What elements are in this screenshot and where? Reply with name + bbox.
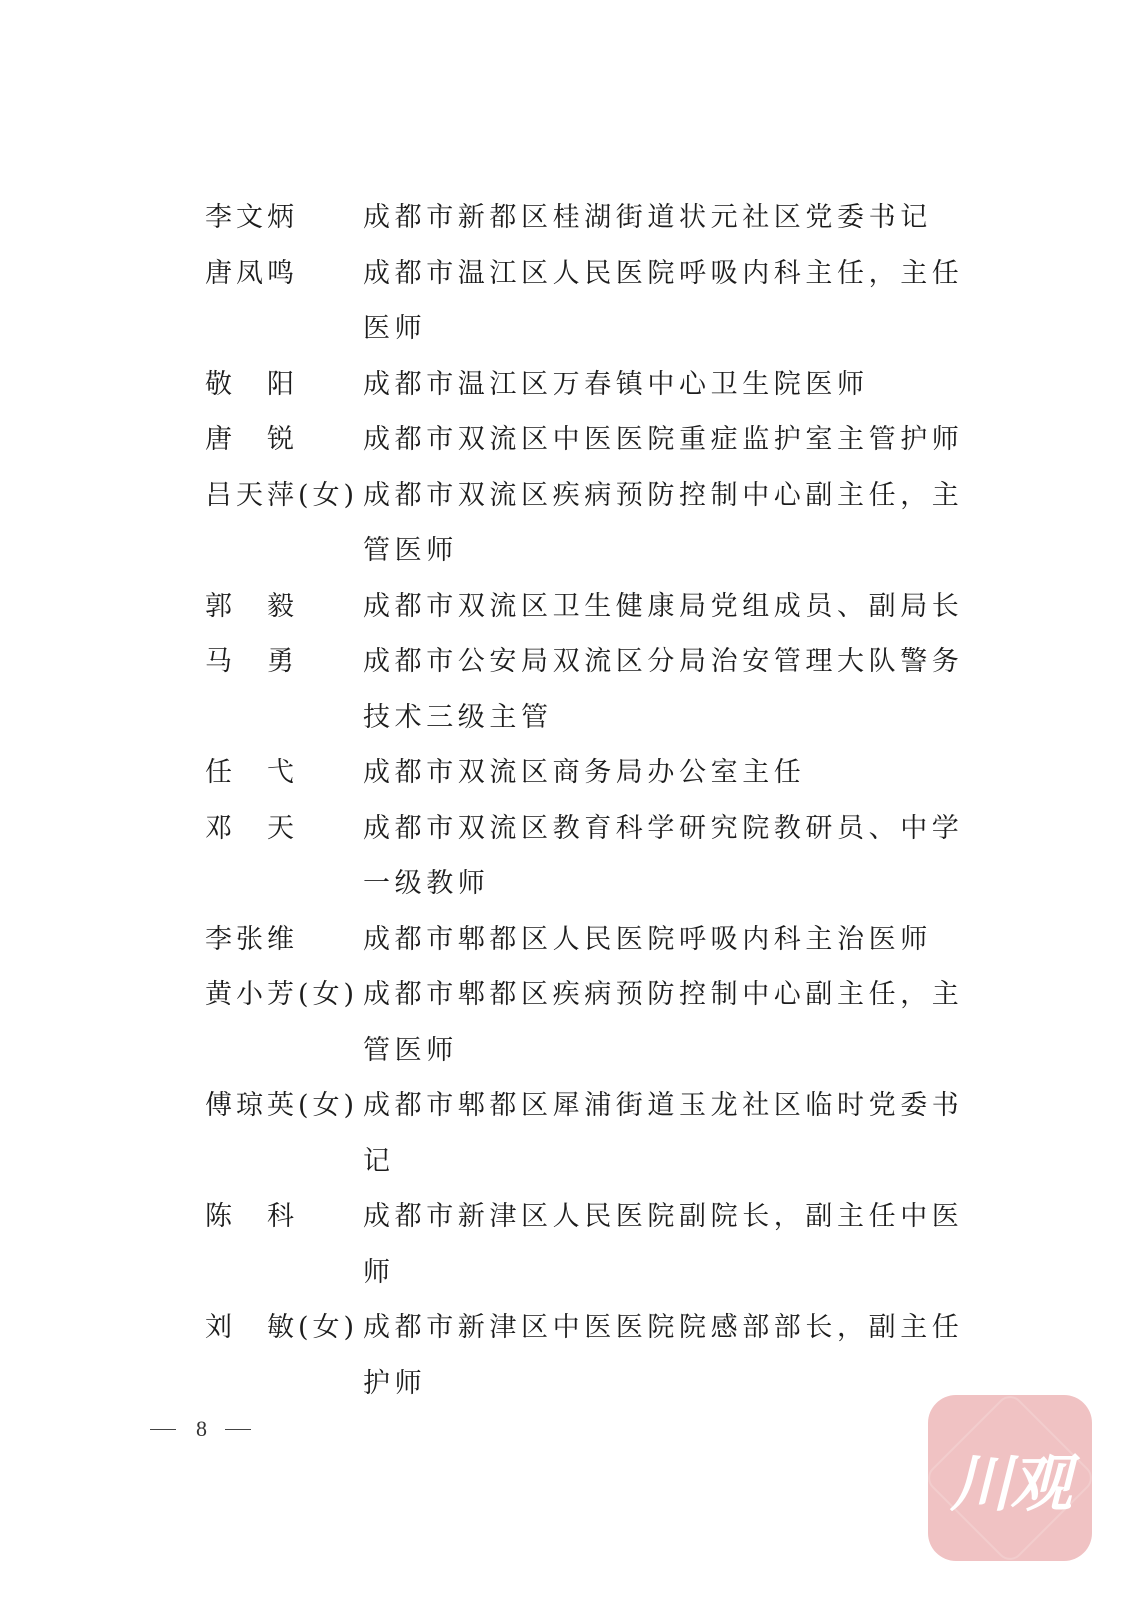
position-line: 一级教师 (363, 856, 967, 912)
position-line: 管医师 (363, 1023, 967, 1079)
person-name: 唐 锐 (205, 412, 363, 468)
page-number: 8 (196, 1416, 207, 1442)
position-line: 成都市郫都区疾病预防控制中心副主任，主 (363, 967, 967, 1023)
position-line: 记 (363, 1134, 967, 1190)
person-name: 李张维 (205, 912, 363, 968)
position-line: 成都市双流区疾病预防控制中心副主任，主 (363, 468, 967, 524)
document-page: 李文炳 成都市新都区桂湖街道状元社区党委书记 唐凤鸣 成都市温江区人民医院呼吸内… (0, 0, 1124, 1600)
list-item: 唐凤鸣 成都市温江区人民医院呼吸内科主任，主任 医师 (205, 246, 975, 357)
person-name: 傅琼英(女) (205, 1078, 363, 1134)
person-name: 敬 阳 (205, 357, 363, 413)
person-position: 成都市双流区疾病预防控制中心副主任，主 管医师 (363, 468, 967, 579)
list-item: 马 勇 成都市公安局双流区分局治安管理大队警务 技术三级主管 (205, 634, 975, 745)
person-position: 成都市温江区万春镇中心卫生院医师 (363, 357, 967, 413)
person-name: 郭 毅 (205, 579, 363, 635)
list-item: 敬 阳 成都市温江区万春镇中心卫生院医师 (205, 357, 975, 413)
list-item: 吕天萍(女) 成都市双流区疾病预防控制中心副主任，主 管医师 (205, 468, 975, 579)
position-line: 师 (363, 1245, 967, 1301)
list-item: 任 弋 成都市双流区商务局办公室主任 (205, 745, 975, 801)
list-item: 郭 毅 成都市双流区卫生健康局党组成员、副局长 (205, 579, 975, 635)
dash-right-icon (225, 1429, 251, 1430)
person-position: 成都市温江区人民医院呼吸内科主任，主任 医师 (363, 246, 967, 357)
person-position: 成都市郫都区犀浦街道玉龙社区临时党委书 记 (363, 1078, 967, 1189)
position-line: 护师 (363, 1356, 967, 1412)
position-line: 成都市郫都区人民医院呼吸内科主治医师 (363, 912, 967, 968)
person-name: 邓 天 (205, 801, 363, 857)
person-position: 成都市新都区桂湖街道状元社区党委书记 (363, 190, 967, 246)
watermark-logo: 川观 (928, 1395, 1092, 1561)
list-item: 刘 敏(女) 成都市新津区中医医院院感部部长，副主任 护师 (205, 1300, 975, 1411)
person-position: 成都市双流区商务局办公室主任 (363, 745, 967, 801)
person-name: 李文炳 (205, 190, 363, 246)
list-item: 唐 锐 成都市双流区中医医院重症监护室主管护师 (205, 412, 975, 468)
list-item: 邓 天 成都市双流区教育科学研究院教研员、中学 一级教师 (205, 801, 975, 912)
person-position: 成都市郫都区人民医院呼吸内科主治医师 (363, 912, 967, 968)
position-line: 医师 (363, 301, 967, 357)
list-item: 傅琼英(女) 成都市郫都区犀浦街道玉龙社区临时党委书 记 (205, 1078, 975, 1189)
person-name: 吕天萍(女) (205, 468, 363, 524)
list-item: 黄小芳(女) 成都市郫都区疾病预防控制中心副主任，主 管医师 (205, 967, 975, 1078)
position-line: 技术三级主管 (363, 690, 967, 746)
position-line: 成都市温江区人民医院呼吸内科主任，主任 (363, 246, 967, 302)
position-line: 成都市公安局双流区分局治安管理大队警务 (363, 634, 967, 690)
position-line: 成都市双流区教育科学研究院教研员、中学 (363, 801, 967, 857)
person-position: 成都市双流区中医医院重症监护室主管护师 (363, 412, 967, 468)
person-position: 成都市公安局双流区分局治安管理大队警务 技术三级主管 (363, 634, 967, 745)
person-name: 陈 科 (205, 1189, 363, 1245)
list-item: 陈 科 成都市新津区人民医院副院长，副主任中医 师 (205, 1189, 975, 1300)
position-line: 成都市新津区人民医院副院长，副主任中医 (363, 1189, 967, 1245)
position-line: 成都市新津区中医医院院感部部长，副主任 (363, 1300, 967, 1356)
position-line: 成都市双流区商务局办公室主任 (363, 745, 967, 801)
person-name: 唐凤鸣 (205, 246, 363, 302)
person-position: 成都市双流区教育科学研究院教研员、中学 一级教师 (363, 801, 967, 912)
person-name: 任 弋 (205, 745, 363, 801)
position-line: 管医师 (363, 523, 967, 579)
person-name: 黄小芳(女) (205, 967, 363, 1023)
person-position: 成都市双流区卫生健康局党组成员、副局长 (363, 579, 967, 635)
person-name: 马 勇 (205, 634, 363, 690)
position-line: 成都市双流区中医医院重症监护室主管护师 (363, 412, 967, 468)
position-line: 成都市温江区万春镇中心卫生院医师 (363, 357, 967, 413)
personnel-list: 李文炳 成都市新都区桂湖街道状元社区党委书记 唐凤鸣 成都市温江区人民医院呼吸内… (205, 190, 975, 1411)
dash-left-icon (150, 1429, 176, 1430)
position-line: 成都市郫都区犀浦街道玉龙社区临时党委书 (363, 1078, 967, 1134)
page-number-footer: 8 (150, 1416, 251, 1442)
watermark-text: 川观 (950, 1434, 1070, 1523)
list-item: 李张维 成都市郫都区人民医院呼吸内科主治医师 (205, 912, 975, 968)
person-position: 成都市新津区中医医院院感部部长，副主任 护师 (363, 1300, 967, 1411)
list-item: 李文炳 成都市新都区桂湖街道状元社区党委书记 (205, 190, 975, 246)
person-position: 成都市新津区人民医院副院长，副主任中医 师 (363, 1189, 967, 1300)
position-line: 成都市双流区卫生健康局党组成员、副局长 (363, 579, 967, 635)
person-position: 成都市郫都区疾病预防控制中心副主任，主 管医师 (363, 967, 967, 1078)
person-name: 刘 敏(女) (205, 1300, 363, 1356)
position-line: 成都市新都区桂湖街道状元社区党委书记 (363, 190, 967, 246)
